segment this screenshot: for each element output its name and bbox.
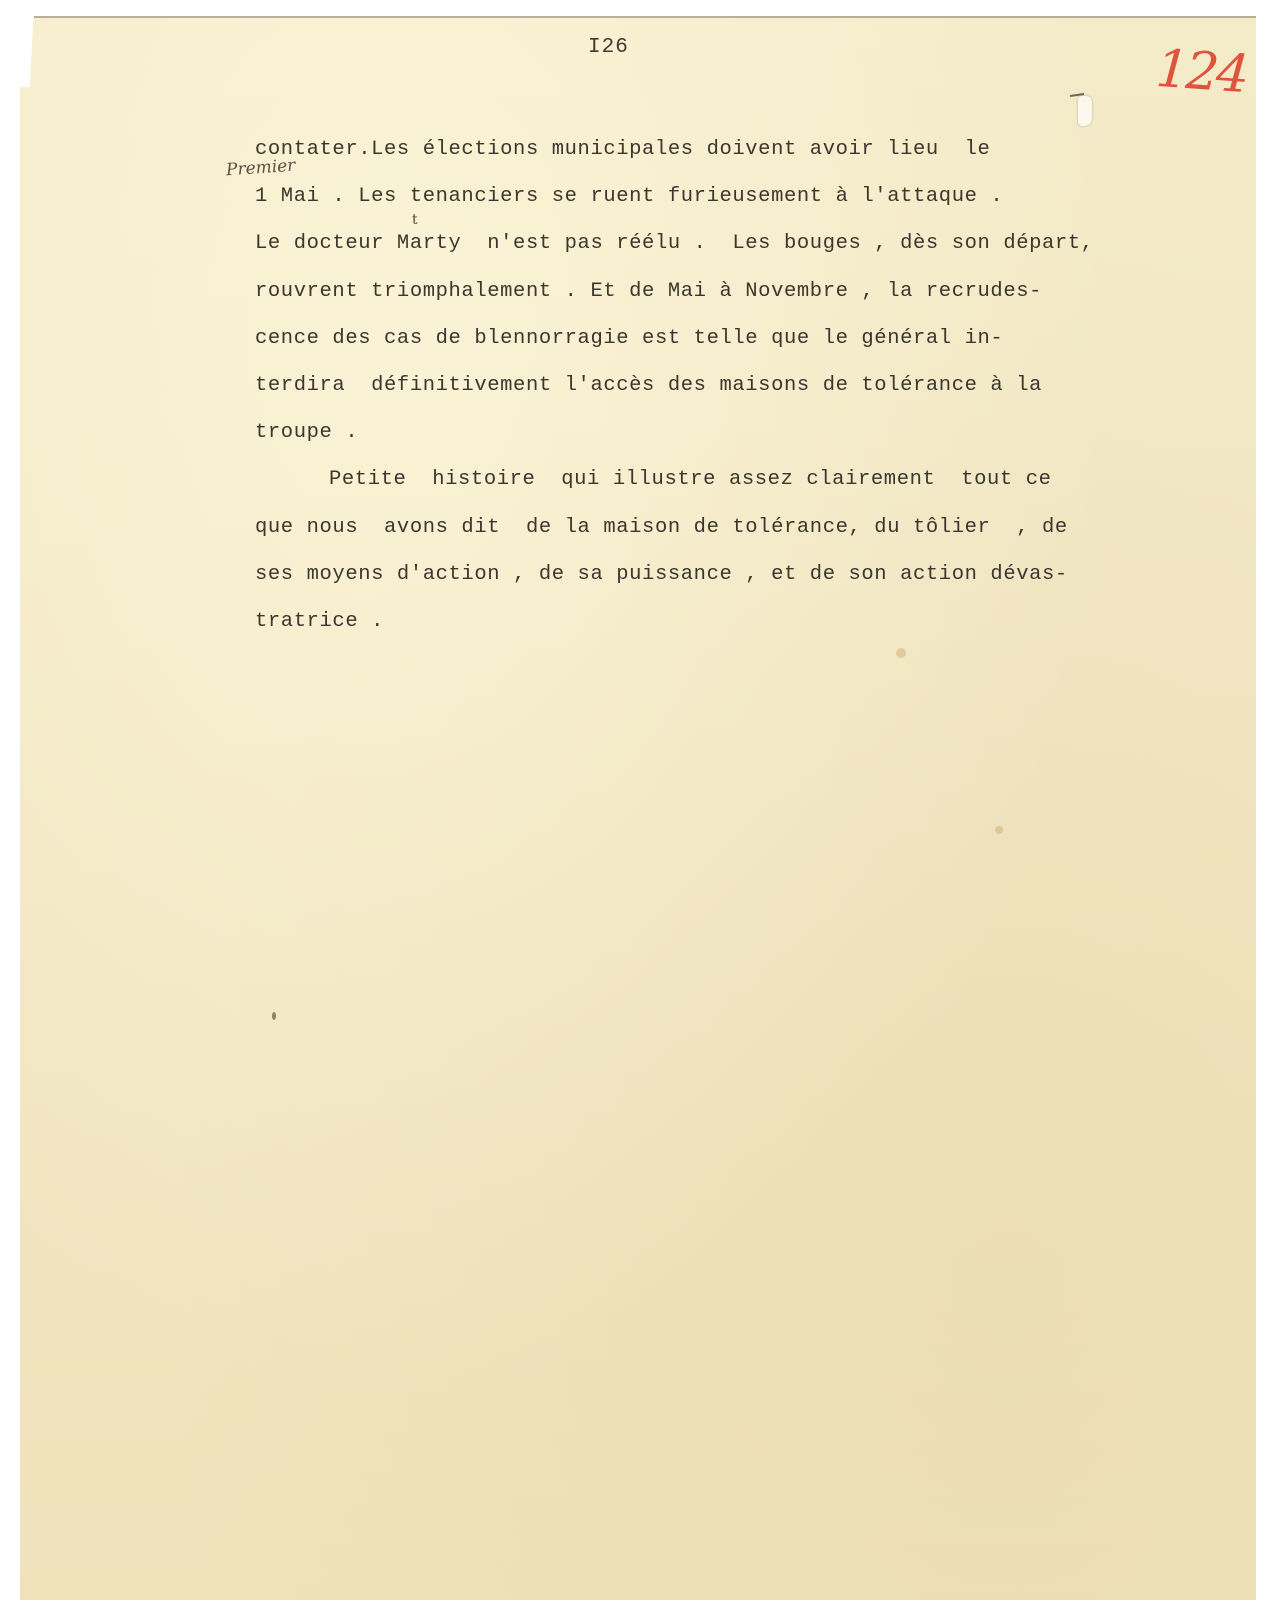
text-line: 1 Mai . Les tenanciers se ruent furieuse… <box>255 173 1175 220</box>
text-line: ses moyens d'action , de sa puissance , … <box>255 551 1175 598</box>
archive-number-red-pencil: 124 <box>1154 39 1248 105</box>
text-line: terdira définitivement l'accès des maiso… <box>255 362 1175 409</box>
paper-stain <box>995 826 1003 834</box>
paper-stain <box>272 1012 276 1020</box>
paper-stain <box>896 648 906 658</box>
text-line-paragraph-start: Petite histoire qui illustre assez clair… <box>255 456 1175 503</box>
page-number: I26 <box>588 36 629 59</box>
text-line: cence des cas de blennorragie est telle … <box>255 315 1175 362</box>
page-edge <box>34 16 1256 18</box>
text-line: rouvrent triomphalement . Et de Mai à No… <box>255 268 1175 315</box>
text-line: que nous avons dit de la maison de tolér… <box>255 504 1175 551</box>
text-line: contater.Les élections municipales doive… <box>255 126 1175 173</box>
text-line: tratrice . <box>255 598 1175 645</box>
paper-damage-hole <box>1078 96 1092 126</box>
typed-text-body: contater.Les élections municipales doive… <box>255 126 1175 645</box>
text-line: troupe . <box>255 409 1175 456</box>
text-line: Le docteur Marty n'est pas réélu . Les b… <box>255 220 1175 267</box>
